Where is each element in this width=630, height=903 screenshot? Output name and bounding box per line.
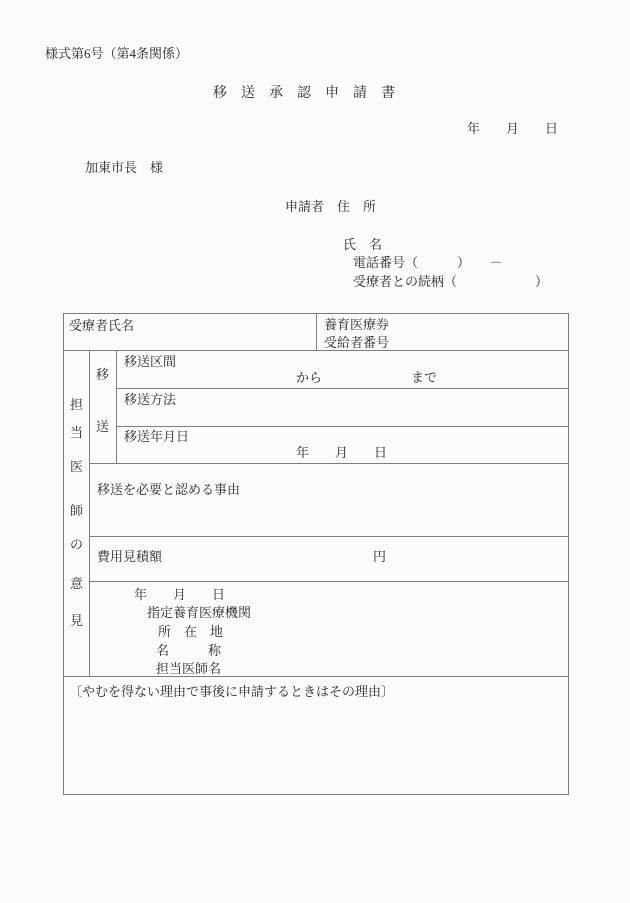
transfer-section-label: 移送区間 bbox=[124, 355, 176, 370]
transfer-method-label: 移送方法 bbox=[124, 393, 176, 408]
signature-address-label: 所 在 地 bbox=[158, 625, 223, 640]
applicant-name-label: 氏 名 bbox=[343, 238, 382, 253]
relation-label: 受療者との続柄（ ） bbox=[353, 275, 548, 290]
voucher-label-line2: 受給者番号 bbox=[324, 336, 389, 351]
transfer-char-1: 移 bbox=[89, 368, 116, 381]
form-number: 様式第6号（第4条関係） bbox=[45, 47, 188, 62]
phone-number-label: 電話番号（ ） － bbox=[353, 256, 503, 271]
rule-below-section bbox=[116, 388, 568, 389]
cost-estimate-label: 費用見積額 bbox=[97, 550, 162, 565]
transfer-char-2: 送 bbox=[89, 420, 116, 433]
cost-unit-label: 円 bbox=[373, 550, 386, 565]
applicant-address-label: 申請者 住 所 bbox=[285, 200, 376, 215]
patient-name-label: 受療者氏名 bbox=[69, 319, 134, 334]
doctor-opinion-char-7: 見 bbox=[64, 614, 89, 627]
rule-doctor-column bbox=[89, 350, 90, 676]
signature-date-line: 年 月 日 bbox=[134, 588, 225, 603]
signature-name-label: 名 称 bbox=[156, 644, 221, 659]
transfer-date-placeholder: 年 月 日 bbox=[296, 446, 387, 461]
doctor-opinion-char-4: 師 bbox=[64, 504, 89, 517]
transfer-from-label: から bbox=[296, 371, 322, 386]
rule-below-transfer-date bbox=[89, 463, 568, 464]
signature-org-label: 指定養育医療機関 bbox=[147, 606, 251, 621]
voucher-label-line1: 養育医療券 bbox=[324, 318, 389, 333]
rule-below-row1 bbox=[64, 350, 568, 351]
rule-below-signature bbox=[64, 676, 568, 677]
rule-below-method bbox=[116, 426, 568, 427]
application-table: 受療者氏名 養育医療券 受給者番号 担 当 医 師 の 意 見 移 送 移送区間… bbox=[63, 313, 569, 795]
rule-transfer-column bbox=[116, 350, 117, 463]
document-page: 様式第6号（第4条関係） 移 送 承 認 申 請 書 年 月 日 加東市長 様 … bbox=[0, 0, 630, 903]
document-title: 移 送 承 認 申 請 書 bbox=[0, 86, 608, 102]
transfer-date-label: 移送年月日 bbox=[124, 430, 189, 445]
doctor-opinion-char-6: 意 bbox=[64, 577, 89, 590]
doctor-opinion-char-3: 医 bbox=[64, 460, 89, 473]
doctor-opinion-char-1: 担 bbox=[64, 398, 89, 411]
signature-doctor-label: 担当医師名 bbox=[156, 662, 221, 677]
rule-row1-divider bbox=[316, 314, 317, 350]
transfer-reason-label: 移送を必要と認める事由 bbox=[97, 483, 240, 498]
late-application-note: 〔やむを得ない理由で事後に申請するときはその理由〕 bbox=[69, 685, 394, 700]
doctor-opinion-char-5: の bbox=[64, 538, 89, 551]
transfer-to-label: まで bbox=[411, 371, 437, 386]
header-date-line: 年 月 日 bbox=[467, 122, 558, 137]
rule-below-reason bbox=[89, 536, 568, 537]
doctor-opinion-char-2: 当 bbox=[64, 426, 89, 439]
addressee: 加東市長 様 bbox=[85, 161, 163, 176]
rule-below-cost bbox=[89, 581, 568, 582]
